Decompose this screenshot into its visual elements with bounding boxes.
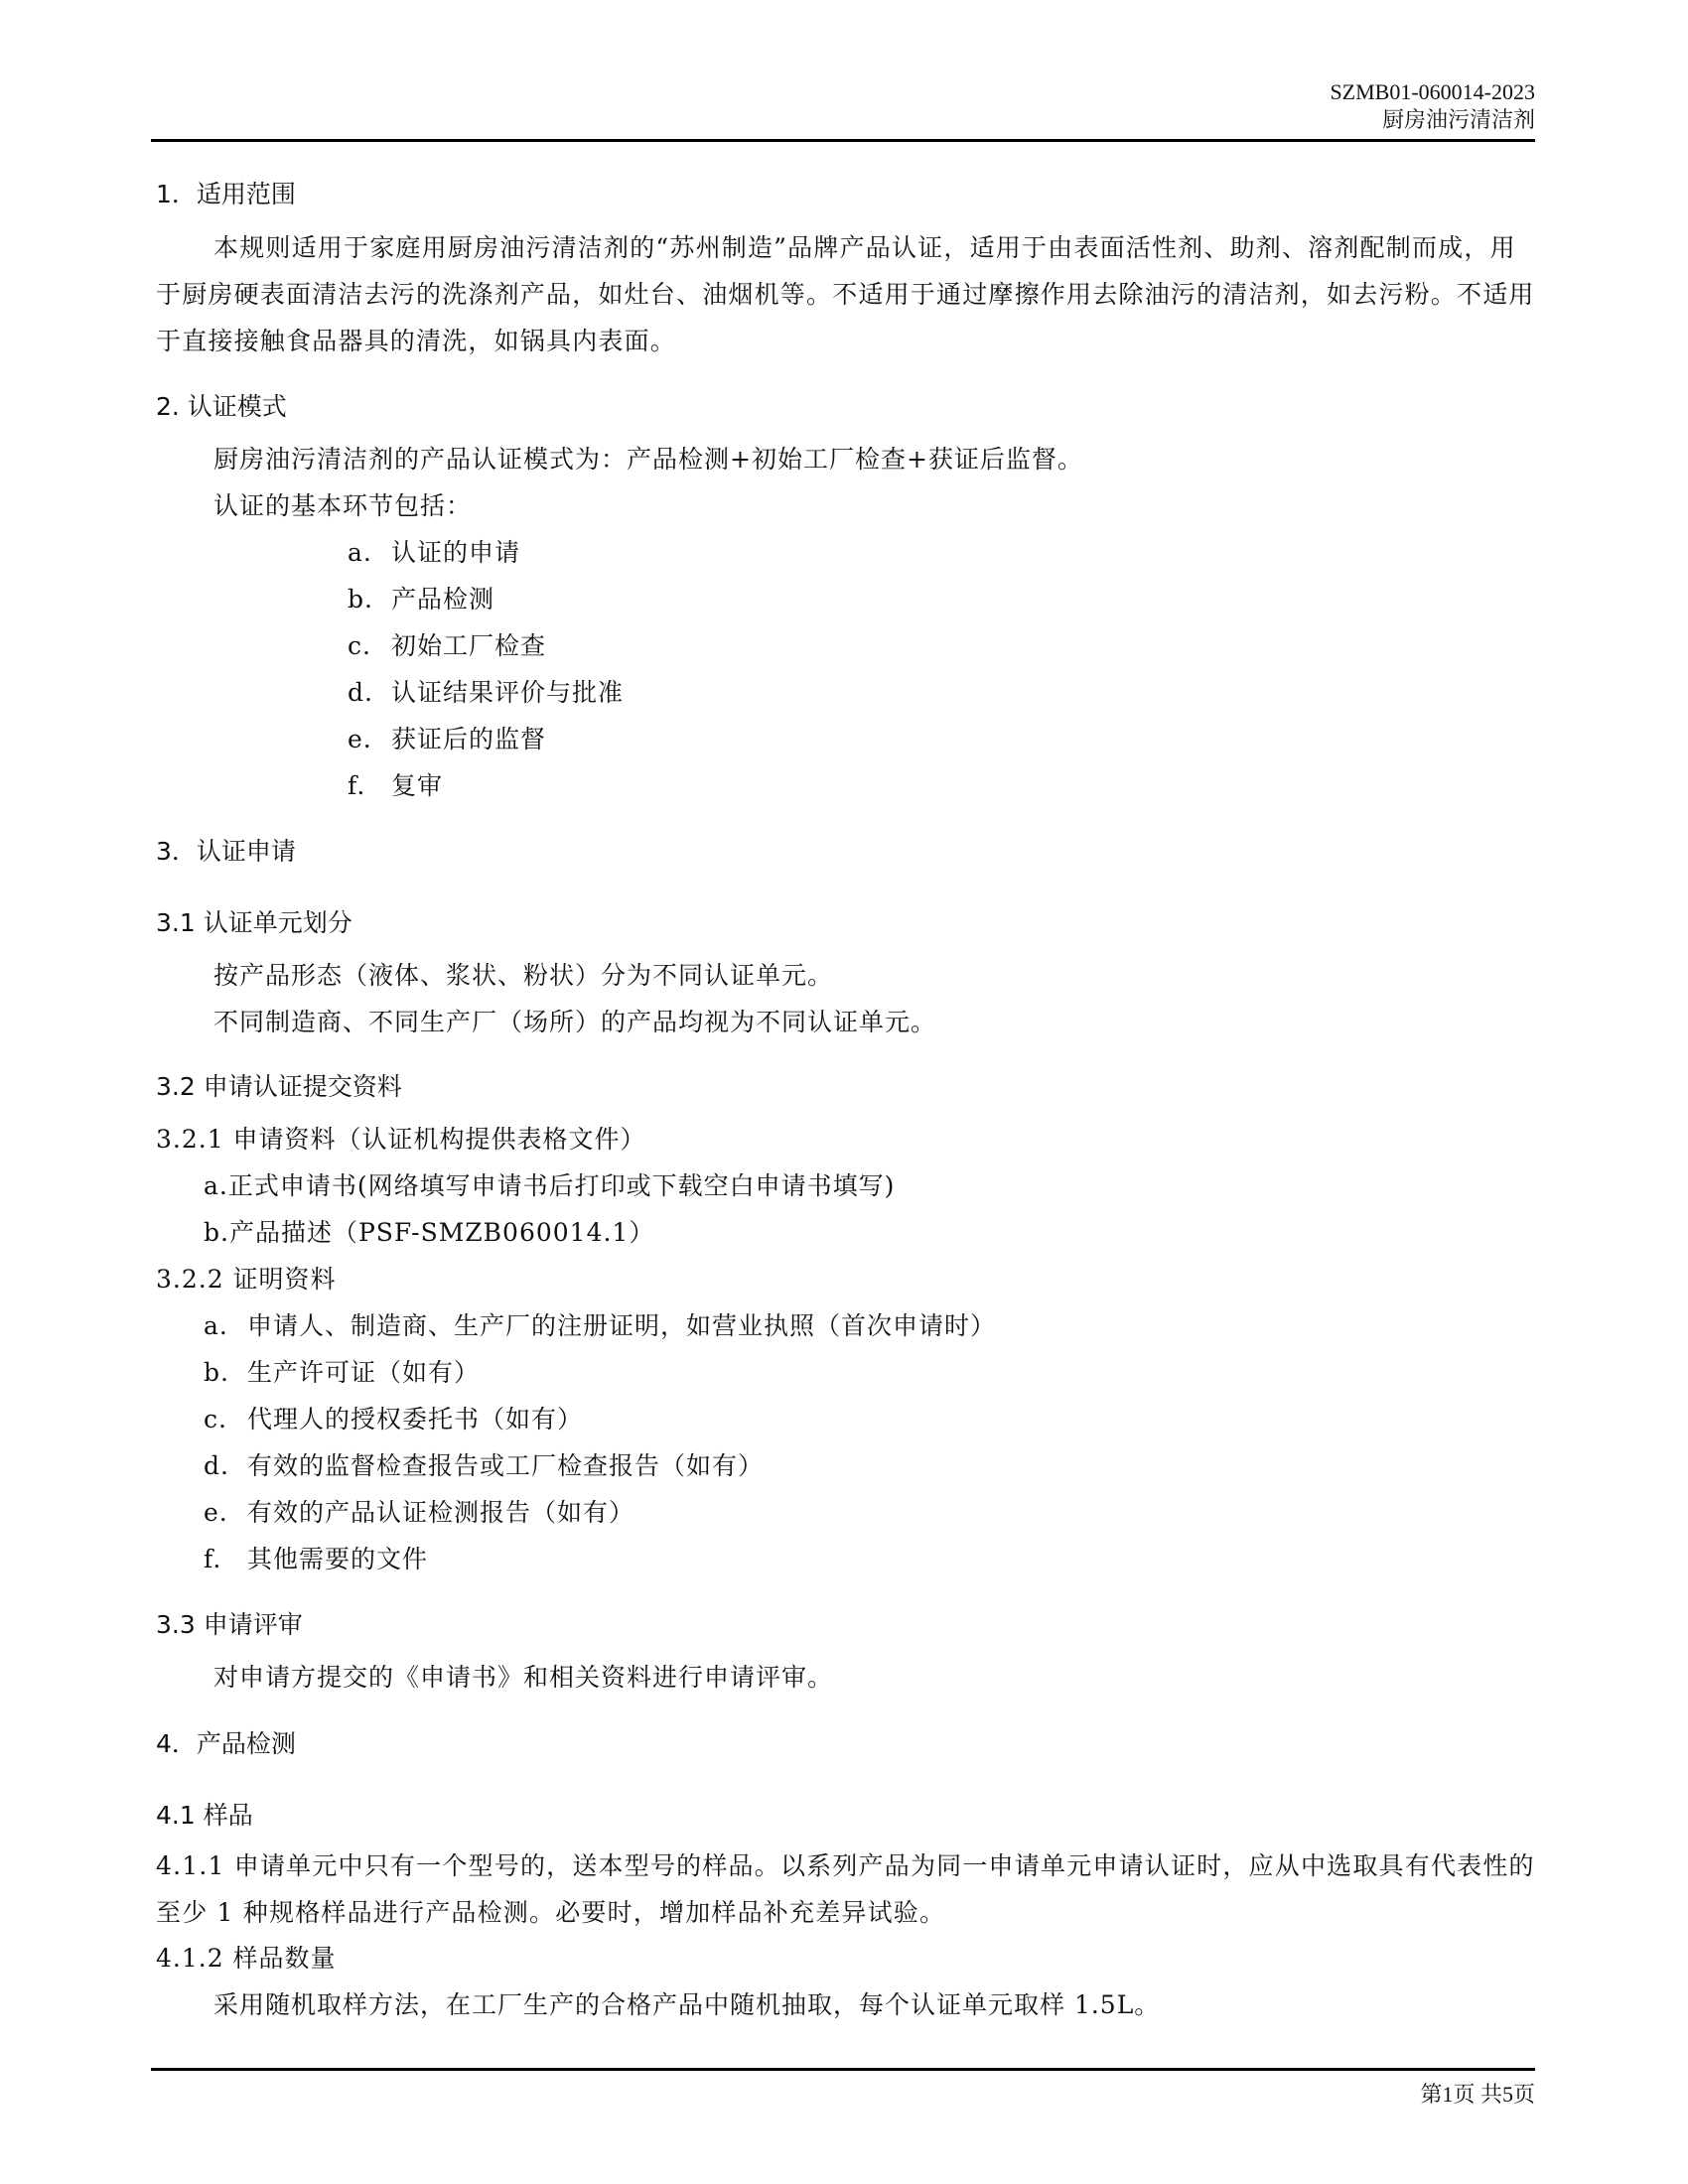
section-3-1-heading: 3.1 认证单元划分 <box>156 903 352 939</box>
list-label: f. <box>204 1545 247 1573</box>
list-text: 有效的产品认证检测报告（如有） <box>247 1498 634 1527</box>
section-3-2-heading: 3.2 申请认证提交资料 <box>156 1067 402 1103</box>
section-2-line-2: 认证的基本环节包括： <box>213 486 472 522</box>
header-rule <box>151 139 1535 142</box>
list-item: d.有效的监督检查报告或工厂检查报告（如有） <box>204 1446 764 1482</box>
section-4-1-1-body: 4.1.1 申请单元中只有一个型号的，送本型号的样品。以系列产品为同一申请单元申… <box>156 1843 1536 1936</box>
section-3-3-body: 对申请方提交的《申请书》和相关资料进行申请评审。 <box>213 1658 833 1694</box>
list-item: c.初始工厂检查 <box>348 626 546 662</box>
list-item: f.复审 <box>348 766 443 802</box>
section-3-2-2-heading: 3.2.2 证明资料 <box>156 1260 337 1296</box>
list-label: a. <box>204 1311 247 1340</box>
list-item: b.产品检测 <box>348 580 494 615</box>
section-4-1-2-heading: 4.1.2 样品数量 <box>156 1939 337 1975</box>
page-number: 第1页 共5页 <box>1420 2078 1535 2109</box>
list-text: 产品检测 <box>391 585 494 614</box>
list-text: 初始工厂检查 <box>391 631 546 660</box>
list-text: 获证后的监督 <box>391 725 546 753</box>
section-3-3-heading: 3.3 申请评审 <box>156 1605 303 1641</box>
list-text: 其他需要的文件 <box>247 1545 428 1573</box>
list-text: 申请人、制造商、生产厂的注册证明，如营业执照（首次申请时） <box>247 1311 996 1340</box>
section-2-line-1: 厨房油污清洁剂的产品认证模式为：产品检测+初始工厂检查+获证后监督。 <box>213 440 1083 476</box>
list-label: b. <box>348 585 391 614</box>
list-text: 有效的监督检查报告或工厂检查报告（如有） <box>247 1451 764 1480</box>
section-3-heading: 3．认证申请 <box>156 832 296 868</box>
list-item: e.获证后的监督 <box>348 720 546 755</box>
section-4-1-2-body: 采用随机取样方法，在工厂生产的合格产品中随机抽取，每个认证单元取样 1.5L。 <box>213 1985 1160 2021</box>
section-4-1-heading: 4.1 样品 <box>156 1796 253 1832</box>
section-1-heading: 1．适用范围 <box>156 175 296 210</box>
list-label: e. <box>348 725 391 753</box>
list-label: a. <box>204 1171 228 1200</box>
list-label: c. <box>204 1405 247 1433</box>
section-2-heading: 2. 认证模式 <box>156 387 287 423</box>
list-item: d.认证结果评价与批准 <box>348 673 624 709</box>
list-label: d. <box>204 1451 247 1480</box>
section-4-heading: 4．产品检测 <box>156 1724 296 1760</box>
list-text: 代理人的授权委托书（如有） <box>247 1405 583 1433</box>
list-item: e.有效的产品认证检测报告（如有） <box>204 1493 634 1529</box>
list-item: a.申请人、制造商、生产厂的注册证明，如营业执照（首次申请时） <box>204 1306 996 1342</box>
list-label: e. <box>204 1498 247 1527</box>
list-item: c.代理人的授权委托书（如有） <box>204 1400 583 1435</box>
list-text: 生产许可证（如有） <box>247 1358 480 1387</box>
list-item: f.其他需要的文件 <box>204 1540 428 1575</box>
list-label: d. <box>348 678 391 707</box>
list-label: b. <box>204 1218 229 1247</box>
list-item: b.产品描述（PSF-SMZB060014.1） <box>204 1213 654 1249</box>
list-text: 认证的申请 <box>391 538 520 567</box>
document-title: 厨房油污清洁剂 <box>1382 107 1535 133</box>
section-3-1-line-1: 按产品形态（液体、浆状、粉状）分为不同认证单元。 <box>213 956 833 992</box>
section-1-body: 本规则适用于家庭用厨房油污清洁剂的“苏州制造”品牌产品认证，适用于由表面活性剂、… <box>156 224 1536 364</box>
list-text: 正式申请书(网络填写申请书后打印或下载空白申请书填写) <box>228 1171 896 1200</box>
list-item: b.生产许可证（如有） <box>204 1353 480 1389</box>
list-label: f. <box>348 771 391 800</box>
list-label: b. <box>204 1358 247 1387</box>
section-3-2-1-heading: 3.2.1 申请资料（认证机构提供表格文件） <box>156 1120 646 1156</box>
section-3-1-line-2: 不同制造商、不同生产厂（场所）的产品均视为不同认证单元。 <box>213 1003 936 1038</box>
list-label: c. <box>348 631 391 660</box>
list-item: a.正式申请书(网络填写申请书后打印或下载空白申请书填写) <box>204 1166 895 1202</box>
document-code: SZMB01-060014-2023 <box>1330 79 1535 105</box>
footer-rule <box>151 2068 1535 2071</box>
list-text: 认证结果评价与批准 <box>391 678 624 707</box>
list-text: 复审 <box>391 771 443 800</box>
list-label: a. <box>348 538 391 567</box>
list-text: 产品描述（PSF-SMZB060014.1） <box>229 1218 654 1247</box>
list-item: a.认证的申请 <box>348 533 520 569</box>
